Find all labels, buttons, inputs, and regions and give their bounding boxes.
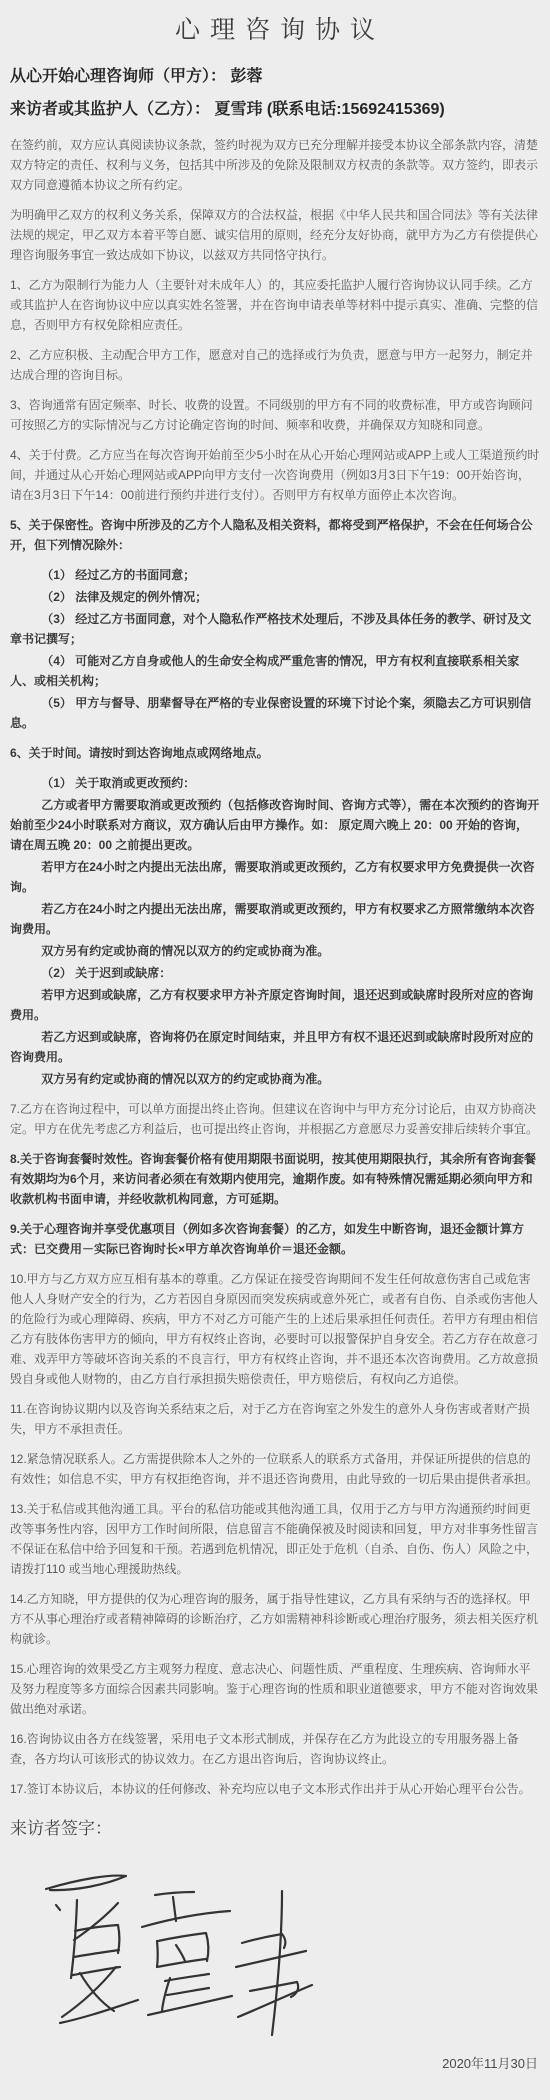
agreement-paragraph: （2） 法律及规定的例外情况； — [10, 587, 540, 607]
agreement-paragraph: 12.紧急情况联系人。乙方需提供除本人之外的一位联系人的联系方式备用，并保证所提… — [10, 1449, 540, 1489]
agreement-paragraph: 16.咨询协议由各方在线签署，采用电子文本形式制成，并保存在乙方为此设立的专用服… — [10, 1729, 540, 1769]
signature-date: 2020年11月30日 — [12, 2053, 538, 2072]
signature-block: 来访者签字： — [10, 1814, 540, 2072]
agreement-paragraph: 乙方或者甲方需要取消或更改预约（包括修改咨询时间、咨询方式等），需在本次预约的咨… — [10, 795, 540, 855]
agreement-paragraph: （3） 经过乙方书面同意，对个人隐私作严格技术处理后，不涉及具体任务的教学、研讨… — [10, 609, 540, 649]
agreement-paragraph: 若甲方在24小时之内提出无法出席，需要取消或更改预约，乙方有权要求甲方免费提供一… — [10, 857, 540, 897]
handwritten-signature — [10, 1845, 540, 2045]
agreement-paragraph: 14.乙方知晓，甲方提供的仅为心理咨询的服务，属于指导性建议，乙方具有采纳与否的… — [10, 1589, 540, 1649]
agreement-paragraph: 4、关于付费。乙方应当在每次咨询开始前至少5小时在从心开始心理网站或APP上或人… — [10, 445, 540, 505]
agreement-paragraph: 7.乙方在咨询过程中，可以单方面提出终止咨询。但建议在咨询中与甲方充分讨论后，由… — [10, 1099, 540, 1139]
agreement-paragraph: 在签约前，双方应认真阅读协议条款，签约时视为双方已充分理解并接受本协议全部条款内… — [10, 135, 540, 195]
agreement-paragraph: 13.关于私信或其他沟通工具。平台的私信功能或其他沟通工具，仅用于乙方与甲方沟通… — [10, 1499, 540, 1579]
agreement-paragraph: （1） 关于取消或更改预约： — [10, 773, 540, 793]
agreement-paragraph: 15.心理咨询的效果受乙方主观努力程度、意志决心、问题性质、严重程度、生理疾病、… — [10, 1659, 540, 1719]
agreement-paragraph: 6、关于时间。请按时到达咨询地点或网络地点。 — [10, 743, 540, 763]
agreement-paragraph: 3、咨询通常有固定频率、时长、收费的设置。不同级别的甲方有不同的收费标准，甲方或… — [10, 395, 540, 435]
agreement-paragraph: 若乙方在24小时之内提出无法出席，需要取消或更改预约，甲方有权要求乙方照常缴纳本… — [10, 899, 540, 939]
agreement-paragraph: 17.签订本协议后，本协议的任何修改、补充均应以电子文本形式作出并于从心开始心理… — [10, 1779, 540, 1799]
agreement-paragraph: 11.在咨询协议期内以及咨询关系结束之后，对于乙方在咨询室之外发生的意外人身伤害… — [10, 1399, 540, 1439]
agreement-paragraph: 9.关于心理咨询并享受优惠项目（例如多次咨询套餐）的乙方，如发生中断咨询，退还金… — [10, 1219, 540, 1259]
signature-label: 来访者签字： — [10, 1814, 540, 1839]
agreement-paragraph: 8.关于咨询套餐时效性。咨询套餐价格有使用期限书面说明，按其使用期限执行，其余所… — [10, 1149, 540, 1209]
agreement-paragraph: 10.甲方与乙方双方应互相有基本的尊重。乙方保证在接受咨询期间不发生任何故意伤害… — [10, 1269, 540, 1389]
agreement-paragraph: （5） 甲方与督导、朋辈督导在严格的专业保密设置的环境下讨论个案，须隐去乙方可识… — [10, 693, 540, 733]
party-b-line: 来访者或其监护人（乙方）： 夏雪玮 (联系电话:15692415369) — [10, 100, 540, 121]
party-a-line: 从心开始心理咨询师（甲方）： 彭蓉 — [10, 67, 540, 88]
agreement-paragraph: （4） 可能对乙方自身或他人的生命安全构成严重危害的情况，甲方有权利直接联系相关… — [10, 651, 540, 691]
agreement-document: 心理咨询协议 从心开始心理咨询师（甲方）： 彭蓉 来访者或其监护人（乙方）： 夏… — [0, 0, 550, 2100]
agreement-paragraph: 为明确甲乙双方的权利义务关系，保障双方的合法权益，根据《中华人民共和国合同法》等… — [10, 205, 540, 265]
page-title: 心理咨询协议 — [10, 14, 540, 47]
agreement-paragraph: 若甲方迟到或缺席，乙方有权要求甲方补齐原定咨询时间，退还迟到或缺席时段所对应的咨… — [10, 985, 540, 1025]
agreement-paragraph: 若乙方迟到或缺席，咨询将仍在原定时间结束，并且甲方有权不退还迟到或缺席时段所对应… — [10, 1027, 540, 1067]
agreement-paragraph: 2、乙方应积极、主动配合甲方工作，愿意对自己的选择或行为负责，愿意与甲方一起努力… — [10, 345, 540, 385]
agreement-paragraph: （2） 关于迟到或缺席： — [10, 963, 540, 983]
agreement-paragraph: 双方另有约定或协商的情况以双方的约定或协商为准。 — [10, 1069, 540, 1089]
agreement-paragraph: 双方另有约定或协商的情况以双方的约定或协商为准。 — [10, 941, 540, 961]
agreement-paragraph: 1、乙方为限制行为能力人（主要针对未成年人）的，其应委托监护人履行咨询协议认同手… — [10, 275, 540, 335]
agreement-paragraph: （1） 经过乙方的书面同意； — [10, 565, 540, 585]
agreement-paragraph: 5、关于保密性。咨询中所涉及的乙方个人隐私及相关资料，都将受到严格保护，不会在任… — [10, 515, 540, 555]
agreement-terms: 在签约前，双方应认真阅读协议条款，签约时视为双方已充分理解并接受本协议全部条款内… — [10, 135, 540, 1799]
